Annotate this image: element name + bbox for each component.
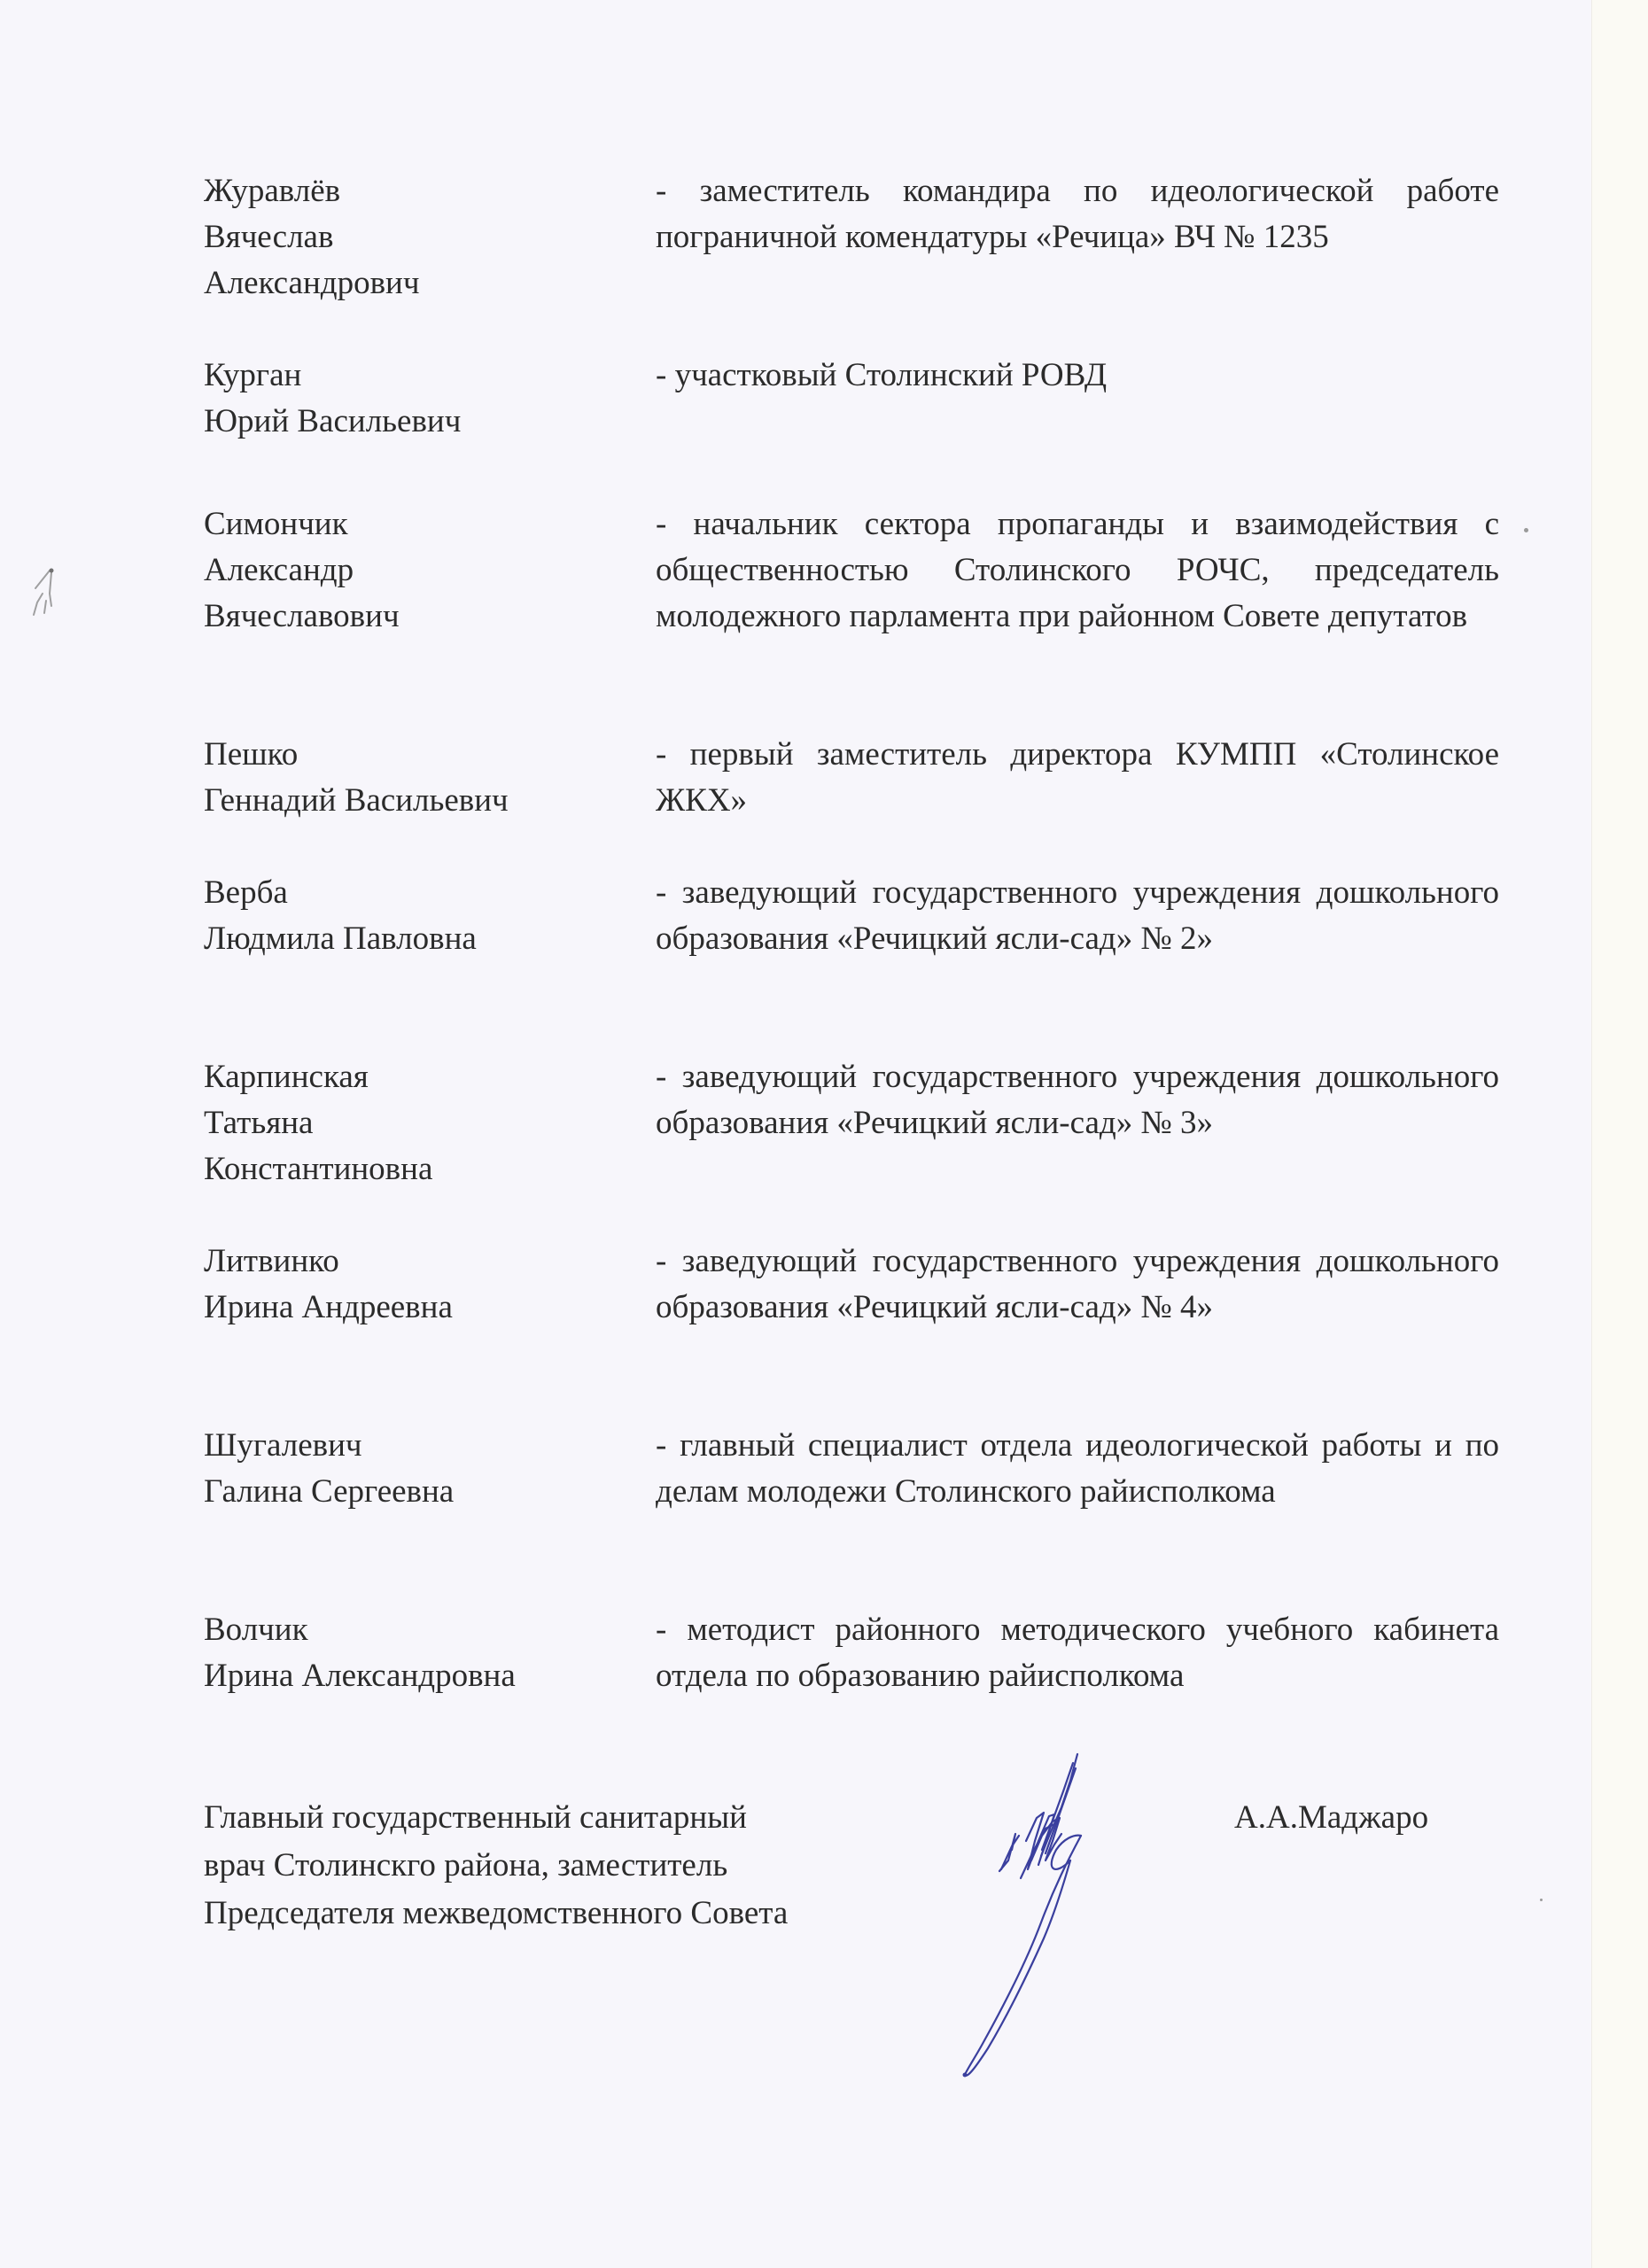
- handwritten-signature-icon: [957, 1736, 1240, 2109]
- member-name: Симончик Александр Вячеславович: [204, 501, 647, 640]
- signer-name: А.А.Маджаро: [1234, 1794, 1428, 1842]
- member-role: - первый заместитель директора КУМПП «Ст…: [656, 732, 1499, 824]
- signer-position-line: Председателя межведомственного Совета: [204, 1890, 913, 1938]
- member-role: - заместитель командира по идеологическо…: [656, 168, 1499, 260]
- member-role: - начальник сектора пропаганды и взаимод…: [656, 501, 1499, 640]
- member-role: - главный специалист отдела идеологическ…: [656, 1423, 1499, 1515]
- member-name: Шугалевич Галина Сергеевна: [204, 1423, 647, 1515]
- signer-position: Главный государственный санитарный врач …: [204, 1794, 913, 1938]
- member-name: Литвинко Ирина Андреевна: [204, 1239, 647, 1331]
- member-role: - методист районного методического учебн…: [656, 1607, 1499, 1699]
- signer-position-line: Главный государственный санитарный: [204, 1794, 913, 1842]
- member-name: Карпинская Татьяна Константиновна: [204, 1054, 647, 1192]
- scan-speck: [1524, 528, 1528, 532]
- signer-position-line: врач Столинскго района, заместитель: [204, 1842, 913, 1890]
- scan-edge: [1591, 0, 1648, 2268]
- scan-speck: [1540, 1899, 1543, 1901]
- margin-pencil-mark-icon: [25, 567, 60, 620]
- member-role: - заведующий государственного учреждения…: [656, 1054, 1499, 1146]
- member-role: - заведующий государственного учреждения…: [656, 870, 1499, 962]
- member-name: Журавлёв Вячеслав Александрович: [204, 168, 647, 307]
- member-name: Волчик Ирина Александровна: [204, 1607, 647, 1699]
- member-name: Пешко Геннадий Васильевич: [204, 732, 647, 824]
- member-role: - участковый Столинский РОВД: [656, 353, 1499, 399]
- member-role: - заведующий государственного учреждения…: [656, 1239, 1499, 1331]
- member-name: Верба Людмила Павловна: [204, 870, 647, 962]
- member-name: Курган Юрий Васильевич: [204, 353, 647, 445]
